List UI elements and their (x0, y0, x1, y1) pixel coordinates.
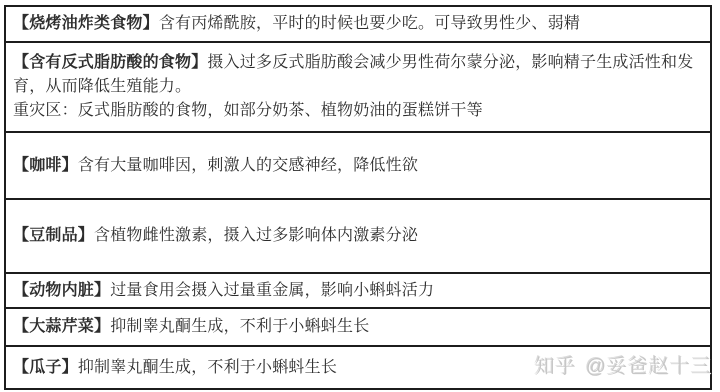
food-category-description: 含有丙烯酰胺，平时的时候也要少吃。可导致男性少、弱精 (159, 15, 580, 32)
table-row: 【烧烤油炸类食物】含有丙烯酰胺，平时的时候也要少吃。可导致男性少、弱精 (6, 7, 710, 43)
food-category-label: 【含有反式脂肪酸的食物】 (13, 54, 207, 71)
food-category-label: 【瓜子】 (13, 359, 78, 376)
food-category-note: 重灾区：反式脂肪酸的食物，如部分奶茶、植物奶油的蛋糕饼干等 (13, 102, 483, 119)
food-category-label: 【动物内脏】 (13, 282, 110, 299)
table-row: 【大蒜芹菜】抑制睾丸酮生成，不利于小蝌蚪生长 (6, 309, 710, 347)
table-row: 【豆制品】含植物雌性激素，摄入过多影响体内激素分泌 (6, 200, 710, 274)
table-row: 【含有反式脂肪酸的食物】摄入过多反式脂肪酸会减少男性荷尔蒙分泌，影响精子生成活性… (6, 43, 710, 133)
food-category-description: 抑制睾丸酮生成，不利于小蝌蚪生长 (78, 359, 337, 376)
food-category-description: 过量食用会摄入过量重金属，影响小蝌蚪活力 (110, 282, 434, 299)
food-category-description: 含植物雌性激素，摄入过多影响体内激素分泌 (94, 227, 418, 244)
table-row: 【瓜子】抑制睾丸酮生成，不利于小蝌蚪生长 (6, 347, 710, 388)
food-category-description: 抑制睾丸酮生成，不利于小蝌蚪生长 (110, 318, 369, 335)
food-category-label: 【豆制品】 (13, 227, 94, 244)
food-category-description: 含有大量咖啡因，刺激人的交感神经，降低性欲 (78, 157, 418, 174)
food-category-label: 【大蒜芹菜】 (13, 318, 110, 335)
table-row: 【咖啡】含有大量咖啡因，刺激人的交感神经，降低性欲 (6, 133, 710, 200)
food-table-image: 【烧烤油炸类食物】含有丙烯酰胺，平时的时候也要少吃。可导致男性少、弱精 【含有反… (0, 0, 720, 392)
table-row: 【动物内脏】过量食用会摄入过量重金属，影响小蝌蚪活力 (6, 274, 710, 309)
food-category-label: 【烧烤油炸类食物】 (13, 15, 159, 32)
food-category-label: 【咖啡】 (13, 157, 78, 174)
food-risk-table: 【烧烤油炸类食物】含有丙烯酰胺，平时的时候也要少吃。可导致男性少、弱精 【含有反… (4, 5, 712, 390)
